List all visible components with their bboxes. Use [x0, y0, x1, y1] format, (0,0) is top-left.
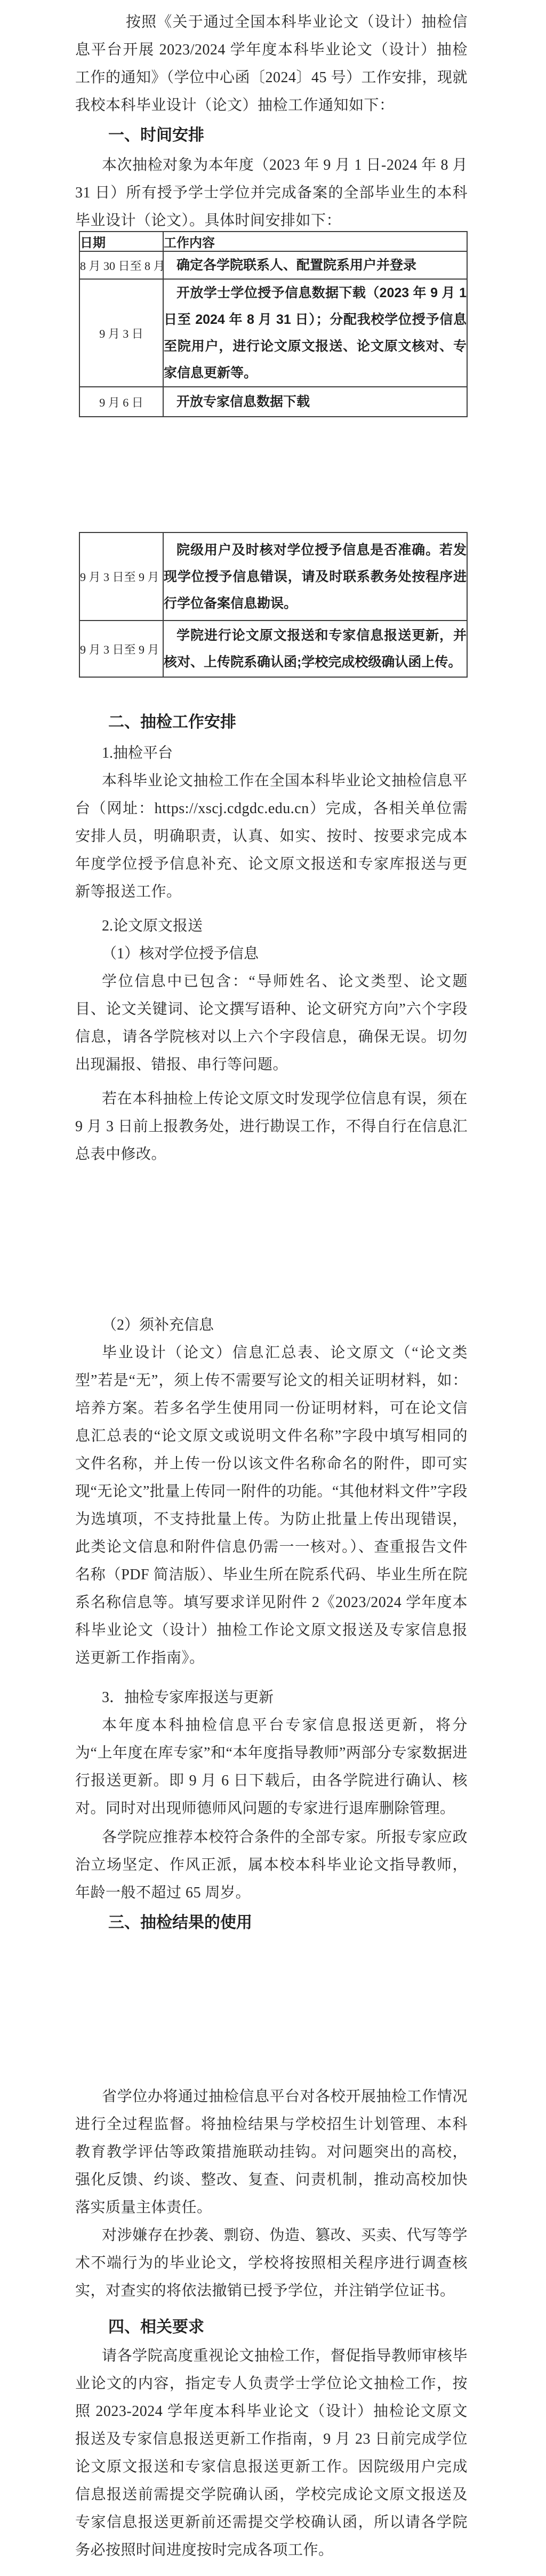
table-header-row: 日期 工作内容 [79, 232, 467, 251]
supplement-paragraph: 毕业设计（论文）信息汇总表、论文原文（“论文类型”若是“无”，须上传不需要写论文… [75, 1339, 468, 1672]
task-cell: 确定各学院联系人、配置院系用户并登录 [163, 251, 467, 279]
fields-paragraph: 学位信息中已包含：“导师姓名、论文类型、论文题目、论文关键词、论文撰写语种、论文… [75, 968, 468, 1079]
table-row: 9 月 6 日 开放专家信息数据下载 [79, 387, 467, 417]
usage-paragraph: 省学位办将通过抽检信息平台对各校开展抽检工作情况进行全过程监督。将抽检结果与学校… [75, 2083, 468, 2222]
subhead-supplement-info: （2）须补充信息 [75, 1311, 468, 1339]
scope-paragraph: 本次抽检对象为本年度（2023 年 9 月 1 日-2024 年 8 月 31 … [75, 152, 468, 235]
section-heading-result-usage: 三、抽检结果的使用 [75, 1909, 468, 1937]
section-heading-work-arrangement: 二、抽检工作安排 [75, 709, 468, 736]
table-row: 8 月 30 日至 8 月 31 日 确定各学院联系人、配置院系用户并登录 [79, 251, 467, 279]
date-cell: 8 月 30 日至 8 月 31 日 [79, 251, 163, 279]
table-header-date: 日期 [79, 232, 163, 251]
correction-paragraph: 若在本科抽检上传论文原文时发现学位信息有误，须在 9 月 3 日前上报教务处，进… [75, 1085, 468, 1168]
section-heading-time-schedule: 一、时间安排 [75, 122, 468, 149]
section-heading-requirements: 四、相关要求 [75, 2313, 468, 2341]
task-cell: 院级用户及时核对学位授予信息是否准确。若发现学位授予信息错误，请及时联系教务处按… [163, 532, 467, 621]
table-header-task: 工作内容 [163, 232, 467, 251]
date-cell: 9 月 3 日 [79, 279, 163, 387]
recommend-paragraph: 各学院应推荐本校符合条件的全部专家。所报专家应政治立场坚定、作风正派，属本校本科… [75, 1824, 468, 1907]
date-cell: 9 月 3 日至 9 月 23 日 [79, 621, 163, 677]
task-cell: 学院进行论文原文报送和专家信息报送更新，并核对、上传院系确认函;学校完成校级确认… [163, 621, 467, 677]
experts-paragraph: 本年度本科抽检信息平台专家信息报送更新，将分为“上年度在库专家”和“本年度指导教… [75, 1712, 468, 1823]
subhead-expert-database: 3．抽检专家库报送与更新 [75, 1684, 468, 1712]
platform-paragraph: 本科毕业论文抽检工作在全国本科毕业论文抽检信息平台（网址：https://xsc… [75, 767, 468, 906]
table-row: 9 月 3 日至 9 月 23 日 学院进行论文原文报送和专家信息报送更新，并核… [79, 621, 467, 677]
date-cell: 9 月 3 日至 9 月 6 日 [79, 532, 163, 621]
table-row: 9 月 3 日 开放学士学位授予信息数据下载（2023 年 9 月 1 日至 2… [79, 279, 467, 387]
final-paragraph: 请各学院高度重视论文抽检工作，督促指导教师审核毕业论文的内容，指定专人负责学士学… [75, 2342, 468, 2564]
intro-paragraph: 按照《关于通过全国本科毕业论文（设计）抽检信息平台开展 2023/2024 学年… [75, 9, 468, 120]
subhead-verify-degree-info: （1）核对学位授予信息 [75, 940, 468, 968]
task-cell: 开放专家信息数据下载 [163, 387, 467, 417]
misconduct-paragraph: 对涉嫌存在抄袭、剽窃、伪造、篡改、买卖、代写等学术不端行为的毕业论文，学校将按照… [75, 2222, 468, 2305]
notice-document: 按照《关于通过全国本科毕业论文（设计）抽检信息平台开展 2023/2024 学年… [0, 0, 546, 2576]
schedule-table-part1: 日期 工作内容 8 月 30 日至 8 月 31 日 确定各学院联系人、配置院系… [79, 231, 468, 417]
subhead-thesis-submission: 2.论文原文报送 [75, 912, 468, 940]
table-row: 9 月 3 日至 9 月 6 日 院级用户及时核对学位授予信息是否准确。若发现学… [79, 532, 467, 621]
date-cell: 9 月 6 日 [79, 387, 163, 417]
schedule-table-part2: 9 月 3 日至 9 月 6 日 院级用户及时核对学位授予信息是否准确。若发现学… [79, 532, 468, 678]
subhead-platform: 1.抽检平台 [75, 740, 468, 767]
task-cell: 开放学士学位授予信息数据下载（2023 年 9 月 1 日至 2024 年 8 … [163, 279, 467, 387]
